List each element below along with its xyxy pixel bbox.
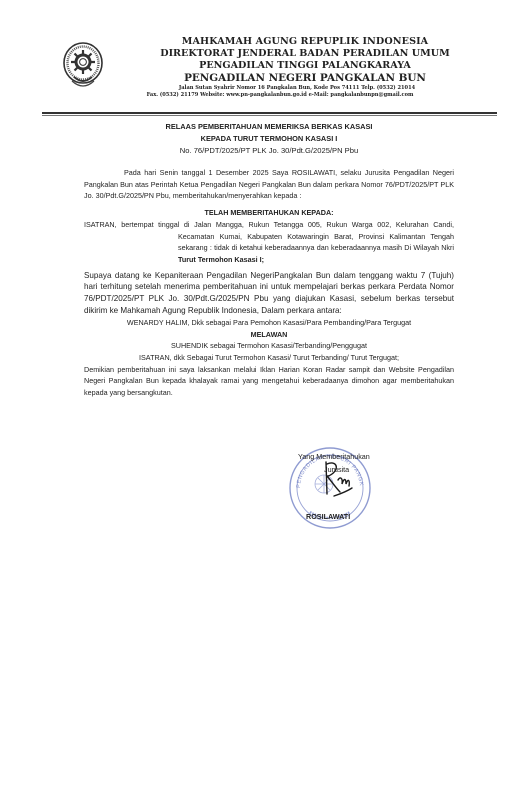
recipient-block: ISATRAN, bertempat tinggal di Jalan Mang… [84, 219, 454, 266]
letterhead-text: MAHKAMAH AGUNG REPUPLIK INDONESIA DIREKT… [110, 36, 500, 99]
letterhead: MAHKAMAH AGUNG REPUPLIK INDONESIA DIREKT… [30, 36, 500, 110]
document-body: RELAAS PEMBERITAHUAN MEMERIKSA BERKAS KA… [84, 121, 454, 399]
institution-line-2: DIREKTORAT JENDERAL BADAN PERADILAN UMUM [110, 48, 500, 60]
party-petitioner: WENARDY HALIM, Dkk sebagai Para Pemohon … [84, 317, 454, 329]
address-line: Jalan Sutan Syahrir Nomor 16 Pangkalan B… [94, 85, 500, 92]
recipient-text: ISATRAN, bertempat tinggal di Jalan Mang… [84, 220, 454, 252]
signature-block: PENGADILAN NEGERI PANGKALAN BUN Yang Mem… [282, 440, 392, 540]
document-page: MAHKAMAH AGUNG REPUPLIK INDONESIA DIREKT… [0, 0, 523, 800]
closing-paragraph: Demikian pemberitahuan ini saya laksanka… [84, 364, 454, 399]
contact-line: Fax. (0532) 21179 Website: www.pn-pangka… [60, 92, 500, 99]
document-subtitle: KEPADA TURUT TERMOHON KASASI I [84, 133, 454, 145]
signer-name: ROSILAWATI [306, 512, 350, 521]
instruction-paragraph: Supaya datang ke Kepaniteraan Pengadilan… [84, 270, 454, 317]
document-title: RELAAS PEMBERITAHUAN MEMERIKSA BERKAS KA… [84, 121, 454, 133]
recipient-paragraph: ISATRAN, bertempat tinggal di Jalan Mang… [84, 219, 454, 266]
institution-line-1: MAHKAMAH AGUNG REPUPLIK INDONESIA [110, 36, 500, 48]
institution-line-3: PENGADILAN TINGGI PALANGKARAYA [110, 60, 500, 72]
case-number: No. 76/PDT/2025/PT PLK Jo. 30/Pdt.G/2025… [84, 145, 454, 157]
party-respondent: SUHENDIK sebagai Termohon Kasasi/Terband… [84, 340, 454, 352]
opening-paragraph: Pada hari Senin tanggal 1 Desember 2025 … [84, 167, 454, 202]
recipient-role: Turut Termohon Kasasi I; [178, 255, 264, 264]
notified-heading: TELAH MEMBERITAHUKAN KEPADA: [84, 207, 454, 219]
signer-role-line-2: Jurusita [324, 465, 349, 474]
institution-line-4: PENGADILAN NEGERI PANGKALAN BUN [110, 72, 500, 85]
letterhead-divider-thin [42, 115, 497, 116]
party-co-respondent: ISATRAN, dkk Sebagai Turut Termohon Kasa… [84, 352, 454, 364]
letterhead-divider-thick [42, 112, 497, 114]
signer-role-line-1: Yang Memberitahukan [298, 452, 370, 461]
versus-label: MELAWAN [84, 329, 454, 341]
